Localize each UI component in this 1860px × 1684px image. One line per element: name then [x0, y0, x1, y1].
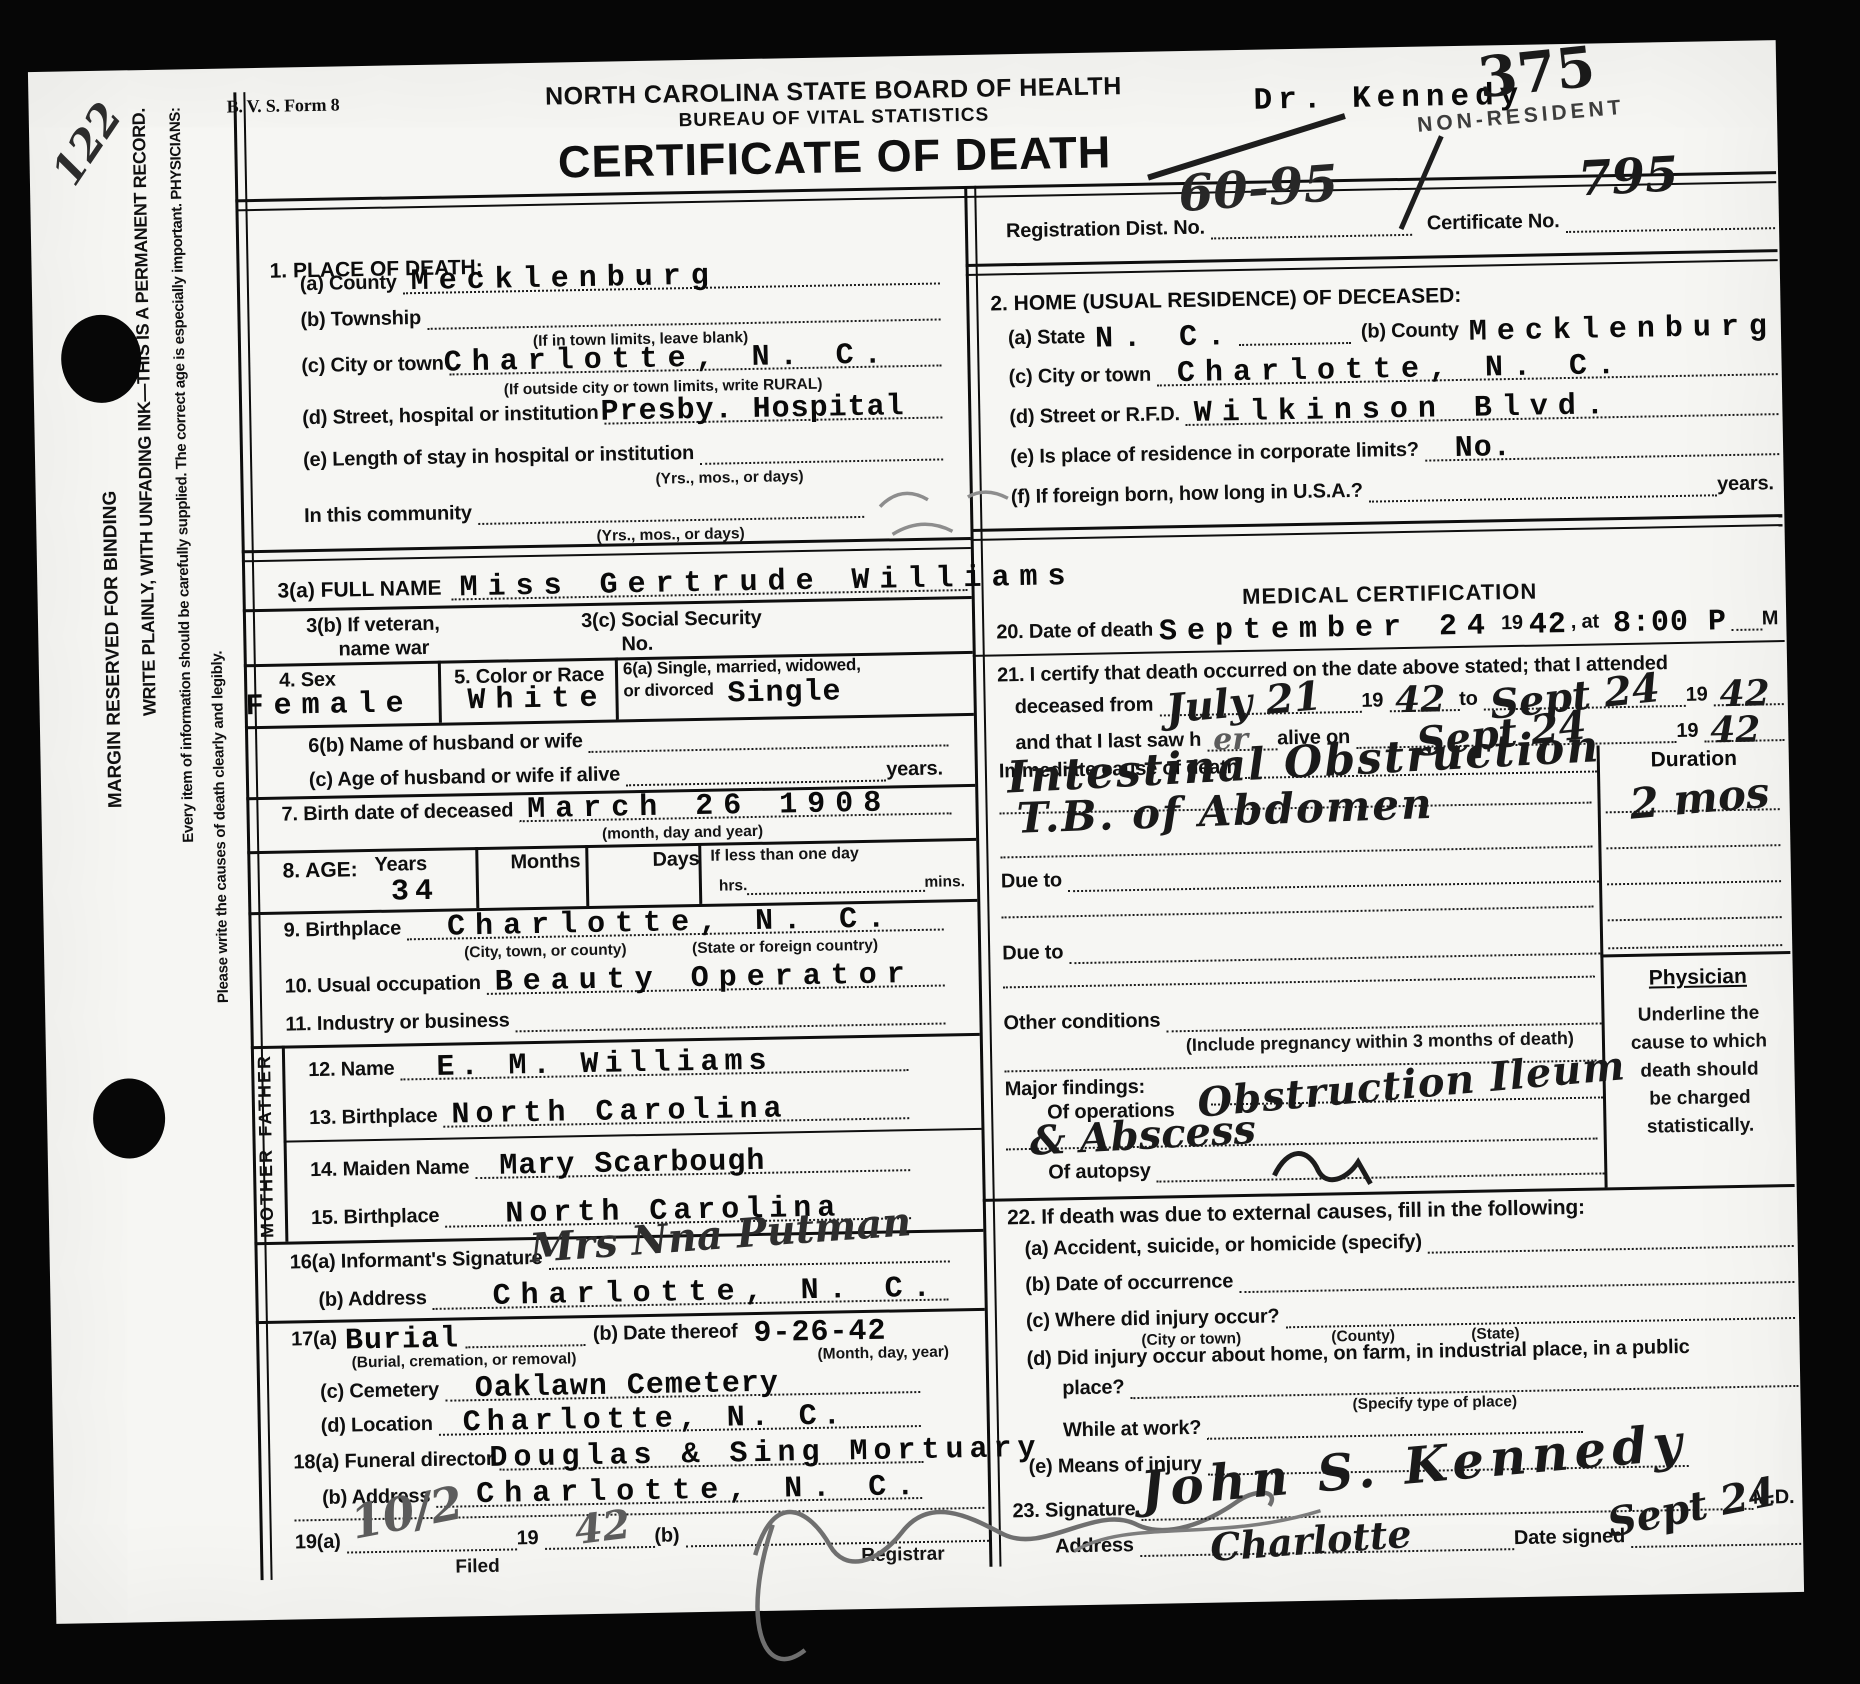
- residence-foreign-blank: [1369, 489, 1717, 502]
- certificate-no-blank: [1566, 222, 1775, 233]
- scanned-death-certificate: { "header": { "form_no": "B. V. S. Form …: [0, 0, 1860, 1684]
- physician-label: Physician: [1605, 964, 1791, 991]
- dotted-rule: [1003, 976, 1595, 989]
- stay-row: (e) Length of stay in hospital or instit…: [303, 437, 943, 472]
- burial-location-label: (d) Location: [321, 1413, 433, 1438]
- residence-foreign-label: (f) If foreign born, how long in U.S.A.?: [1011, 480, 1363, 509]
- dotted-rule: [1607, 880, 1781, 885]
- age-months-label: Months: [510, 850, 580, 874]
- age-hrs-label: hrs.: [719, 877, 748, 896]
- father-name-row: 12. Name E. M. Williams: [308, 1048, 908, 1082]
- husband-row: 6(b) Name of husband or wife: [308, 723, 948, 758]
- burial-location-value: Charlotte, N. C.: [463, 1401, 848, 1438]
- due-to-blank-2: [1069, 947, 1600, 964]
- residence-foreign-row: (f) If foreign born, how long in U.S.A.?…: [1011, 472, 1780, 509]
- external-a-row: (a) Accident, suicide, or homicide (spec…: [1024, 1224, 1793, 1261]
- filed-caption: Filed: [455, 1556, 500, 1579]
- city-blank: Charlotte, N. C.: [450, 359, 942, 375]
- dotted-rule: [1608, 916, 1782, 921]
- external-d-label-1: (d) Did injury occur about home, on farm…: [1026, 1336, 1689, 1371]
- father-birthplace-label: 13. Birthplace: [309, 1105, 438, 1130]
- duration-handwritten: 2 mos: [1628, 772, 1771, 826]
- margin-permanent-text: WRITE PLAINLY, WITH UNFADING INK—THIS IS…: [129, 108, 161, 716]
- marital-value: Single: [727, 677, 842, 709]
- physician-note-1: Underline the: [1605, 1002, 1791, 1027]
- residence-county-label: (b) County: [1361, 319, 1459, 344]
- due-to-blank-1: [1068, 875, 1599, 892]
- dotted-rule: [1002, 906, 1594, 919]
- birthdate-note: (month, day and year): [602, 823, 763, 844]
- marital-label-2: or divorced: [623, 680, 714, 702]
- registration-dist-label: Registration Dist. No.: [1006, 217, 1205, 244]
- ssn-label-1: 3(c) Social Security: [581, 607, 762, 633]
- residence-state-row: (a) State N. C. (b) County Mecklenburg: [1008, 312, 1777, 350]
- punch-hole-top: [60, 314, 142, 403]
- industry-blank: [516, 1017, 946, 1032]
- mother-name-row: 14. Maiden Name Mary Scarbough: [310, 1148, 910, 1182]
- informant-address-row: (b) Address Charlotte, N. C.: [318, 1277, 948, 1312]
- pen-stroke: [1141, 108, 1356, 184]
- residence-street-value: Wilkinson Blvd.: [1194, 391, 1615, 429]
- residence-state-blank: [1239, 337, 1351, 346]
- external-b-label: (b) Date of occurrence: [1025, 1270, 1233, 1297]
- years-label: years.: [886, 757, 943, 781]
- rule: [251, 1033, 980, 1049]
- funeral-director-label: 18(a) Funeral director: [293, 1448, 493, 1475]
- residence-corporate-blank: No.: [1425, 448, 1779, 461]
- residence-city-value: Charlotte, N. C.: [1177, 351, 1626, 389]
- dotted-rule: [1000, 846, 1592, 859]
- father-birthplace-blank: North Carolina: [444, 1112, 910, 1128]
- residence-state-label: (a) State: [1008, 326, 1086, 350]
- community-row: In this community: [304, 495, 864, 528]
- father-birthplace-row: 13. Birthplace North Carolina: [309, 1096, 909, 1130]
- death-date-value: September 24: [1159, 611, 1496, 647]
- margin-causes-text: Please write the causes of death clearly…: [209, 651, 232, 1004]
- stay-note: (Yrs., mos., or days): [655, 468, 803, 489]
- informant-address-blank: Charlotte, N. C.: [433, 1293, 949, 1309]
- cell-divider: [698, 843, 702, 904]
- external-c-row: (c) Where did injury occur?: [1026, 1296, 1795, 1333]
- certificate-paper: MARGIN RESERVED FOR BINDING WRITE PLAINL…: [28, 40, 1804, 1624]
- certificate-no-handwritten: 795: [1577, 150, 1680, 203]
- margin-supplied-text: Every item of information should be care…: [167, 107, 197, 843]
- due-to-label-2: Due to: [1002, 941, 1063, 965]
- date-signed-blank: [1631, 1538, 1801, 1548]
- due-to-row-2: Due to: [1002, 931, 1600, 965]
- external-c-blank: [1286, 1312, 1796, 1328]
- external-b-row: (b) Date of occurrence: [1025, 1260, 1794, 1297]
- age-mins-label: mins.: [924, 873, 965, 892]
- death-at-label: , at: [1571, 610, 1600, 634]
- attended-year-blank: 42: [1389, 704, 1459, 712]
- physician-note-3: death should: [1606, 1058, 1792, 1083]
- township-row: (b) Township: [300, 297, 940, 332]
- external-b-blank: [1239, 1276, 1794, 1293]
- attended-row: deceased from July 21 19 42 to Sept 24 1…: [1015, 682, 1784, 719]
- center-divider: [964, 186, 1001, 1567]
- county-label: (a) County: [300, 271, 397, 296]
- stay-blank: [700, 453, 943, 464]
- age-hrs-mins-row: hrs. mins.: [719, 873, 965, 896]
- pencil-scribble: [871, 474, 1022, 547]
- father-name-label: 12. Name: [308, 1058, 395, 1083]
- residence-street-blank: Wilkinson Blvd.: [1186, 408, 1779, 426]
- age-less-label: If less than one day: [710, 845, 859, 866]
- form-number: B. V. S. Form 8: [226, 94, 339, 117]
- death-date-19: 19: [1501, 612, 1523, 635]
- section-rule: [966, 249, 1778, 276]
- burial-label: 17(a): [291, 1328, 337, 1352]
- cell-divider: [585, 845, 589, 906]
- rule: [284, 1128, 982, 1143]
- filed-year-19: 19: [516, 1527, 538, 1550]
- city-label: (c) City or town: [301, 353, 444, 379]
- residence-street-row: (d) Street or R.F.D. Wilkinson Blvd.: [1009, 392, 1778, 429]
- cell-divider: [475, 847, 479, 908]
- external-a-label: (a) Accident, suicide, or homicide (spec…: [1024, 1231, 1422, 1261]
- residence-section: 2. HOME (USUAL RESIDENCE) OF DECEASED:: [990, 284, 1461, 317]
- county-value: Mecklenburg: [410, 262, 719, 298]
- occupation-label: 10. Usual occupation: [285, 972, 481, 999]
- due-to-row-1: Due to: [1001, 859, 1599, 893]
- husband-blank: [589, 739, 949, 753]
- attended-19a: 19: [1361, 689, 1383, 712]
- stay-label: (e) Length of stay in hospital or instit…: [303, 442, 694, 472]
- cemetery-label: (c) Cemetery: [320, 1379, 439, 1404]
- attended-to-year-blank: 42: [1714, 698, 1784, 706]
- street-blank: Presby. Hospital: [605, 411, 943, 424]
- residence-city-label: (c) City or town: [1008, 364, 1151, 390]
- residence-street-label: (d) Street or R.F.D.: [1009, 403, 1180, 429]
- section-rule: [970, 514, 1782, 541]
- attended-19b: 19: [1686, 683, 1708, 706]
- registration-dist-blank: [1211, 229, 1412, 240]
- alive-year-handwritten: 42: [1710, 712, 1761, 749]
- mother-side-label: MOTHER: [256, 1148, 279, 1238]
- residence-corporate-value: No.: [1455, 433, 1513, 464]
- township-label: (b) Township: [300, 307, 421, 332]
- city-row: (c) City or town Charlotte, N. C.: [301, 343, 941, 378]
- physician-note-2: cause to which: [1606, 1030, 1792, 1055]
- race-value: White: [467, 684, 608, 717]
- attended-year-handwritten: 42: [1395, 681, 1446, 718]
- external-section: 22. If death was due to external causes,…: [1007, 1196, 1585, 1231]
- veteran-label-1: 3(b) If veteran,: [306, 613, 440, 638]
- findings-line2-handwritten: & Abscess: [1029, 1110, 1257, 1162]
- sex-value: Female: [245, 689, 414, 722]
- file-number-handwritten: 375: [1476, 38, 1598, 106]
- veteran-label-2: name war: [338, 637, 429, 662]
- burial-location-blank: Charlotte, N. C.: [439, 1420, 921, 1436]
- street-row: (d) Street, hospital or institution Pres…: [302, 395, 942, 430]
- external-a-blank: [1428, 1240, 1794, 1254]
- cause-line2-handwritten: T.B. of Abdomen: [1016, 783, 1434, 840]
- community-label: In this community: [304, 502, 472, 528]
- industry-label: 11. Industry or business: [285, 1009, 510, 1036]
- cell-divider: [438, 661, 442, 723]
- pencil-stroke: [1068, 1497, 1329, 1562]
- father-side-label: FATHER: [254, 1054, 277, 1137]
- mother-name-blank: Mary Scarbough: [475, 1164, 910, 1179]
- cemetery-value: Oaklawn Cemetery: [475, 1369, 780, 1405]
- dotted-rule: [1606, 844, 1780, 849]
- burial-blank: [465, 1339, 585, 1348]
- autopsy-label: Of autopsy: [1048, 1160, 1151, 1185]
- ssn-label-2: No.: [621, 633, 653, 657]
- certificate-no-row: Certificate No.: [1427, 206, 1775, 235]
- residence-corporate-label: (e) Is place of residence in corporate l…: [1010, 439, 1419, 469]
- husband-age-label: (c) Age of husband or wife if alive: [309, 763, 621, 792]
- filed-year-handwritten: 42: [572, 1505, 632, 1552]
- burial-date-note: (Month, day, year): [817, 1343, 949, 1363]
- cell-divider: [615, 657, 619, 719]
- physician-note-4: be charged: [1607, 1086, 1793, 1111]
- city-value: Charlotte, N. C.: [443, 340, 892, 378]
- birthplace-note-1: (City, town, or county): [464, 941, 627, 962]
- ampm-blank: [1731, 623, 1762, 631]
- birthdate-value: March 26 1908: [527, 788, 892, 825]
- dotted-rule: [1608, 944, 1782, 949]
- due-to-label-1: Due to: [1001, 869, 1062, 893]
- parents-box-line: [282, 1046, 288, 1242]
- external-d-label-2: place?: [1062, 1376, 1125, 1400]
- birthplace-note-2: (State or foreign country): [692, 937, 878, 958]
- father-name-value: E. M. Williams: [436, 1047, 773, 1083]
- major-findings-label: Major findings:: [1005, 1076, 1146, 1102]
- informant-address-label: (b) Address: [318, 1287, 427, 1312]
- physician-note-5: statistically.: [1607, 1114, 1793, 1139]
- page-number-handwritten: 122: [45, 96, 129, 192]
- residence-county-value: Mecklenburg: [1469, 312, 1778, 348]
- community-blank: [478, 511, 864, 525]
- attended-to-year-handwritten: 42: [1719, 675, 1770, 712]
- burial-type-note: (Burial, cremation, or removal): [351, 1350, 576, 1372]
- punch-hole-bottom: [92, 1078, 165, 1159]
- death-time-value: 8:00 P: [1613, 607, 1728, 639]
- autopsy-blank: [1157, 1167, 1605, 1182]
- burial-type-value: Burial: [345, 1324, 460, 1356]
- father-name-blank: E. M. Williams: [401, 1064, 909, 1080]
- burial-date-label: (b) Date thereof: [593, 1320, 738, 1346]
- age-days-label: Days: [652, 848, 699, 872]
- residence-years-label: years.: [1717, 472, 1774, 496]
- township-blank: [427, 313, 941, 329]
- margin-binding-text: MARGIN RESERVED FOR BINDING: [100, 490, 128, 808]
- attended-from-label: deceased from: [1015, 694, 1154, 720]
- external-c-label: (c) Where did injury occur?: [1026, 1305, 1280, 1333]
- birthdate-blank: March 26 1908: [519, 807, 951, 822]
- street-label: (d) Street, hospital or institution: [302, 402, 599, 430]
- other-conditions-label: Other conditions: [1003, 1010, 1160, 1036]
- autopsy-scrawl: [1268, 1136, 1379, 1184]
- rule: [1600, 951, 1790, 957]
- informant-sig-label: 16(a) Informant's Signature: [290, 1247, 543, 1275]
- informant-address-value: Charlotte, N. C.: [492, 1274, 941, 1312]
- industry-row: 11. Industry or business: [285, 1001, 945, 1036]
- occupation-blank: Beauty Operator: [487, 979, 945, 994]
- husband-label: 6(b) Name of husband or wife: [308, 730, 583, 758]
- death-date-label: 20. Date of death: [996, 619, 1153, 645]
- occupation-row: 10. Usual occupation Beauty Operator: [285, 964, 945, 999]
- age-years-value: 34: [391, 877, 440, 908]
- father-birthplace-value: North Carolina: [451, 1094, 788, 1130]
- burial-location-row: (d) Location Charlotte, N. C.: [321, 1404, 921, 1438]
- findings-line1-handwritten: Obstruction Ileum: [1196, 1046, 1627, 1124]
- residence-city-row: (c) City or town Charlotte, N. C.: [1008, 352, 1777, 389]
- pen-stroke: [1381, 128, 1453, 239]
- filed-label: 19(a): [295, 1531, 341, 1555]
- mother-birthplace-label: 15. Birthplace: [311, 1205, 440, 1230]
- age-years-label: Years: [374, 853, 427, 877]
- age-section-label: 8. AGE:: [282, 858, 358, 883]
- attended-to-label: to: [1459, 688, 1478, 711]
- age-hrs-blank: [747, 885, 924, 895]
- husband-age-blank: [626, 775, 886, 787]
- fullname-label: 3(a) FULL NAME: [277, 577, 442, 604]
- attended-from-blank: July 21: [1159, 706, 1361, 717]
- death-m-label: M: [1762, 607, 1779, 630]
- death-year-value: 42: [1529, 610, 1568, 641]
- mother-name-label: 14. Maiden Name: [310, 1156, 470, 1182]
- street-value: Presby. Hospital: [600, 392, 905, 428]
- county-blank: Mecklenburg: [403, 277, 940, 294]
- alive-year-blank: 42: [1704, 734, 1784, 742]
- birthdate-label: 7. Birth date of deceased: [281, 799, 513, 826]
- alive-19: 19: [1676, 720, 1698, 743]
- while-at-work-label: While at work?: [1063, 1417, 1202, 1443]
- residence-state-value: N. C.: [1095, 322, 1236, 355]
- mother-name-value: Mary Scarbough: [499, 1147, 766, 1182]
- form-left-border: [233, 92, 272, 1580]
- cemetery-blank: Oaklawn Cemetery: [445, 1386, 920, 1402]
- occupation-value: Beauty Operator: [494, 960, 915, 998]
- residence-corporate-row: (e) Is place of residence in corporate l…: [1010, 432, 1779, 469]
- residence-city-blank: Charlotte, N. C.: [1157, 368, 1778, 386]
- birthplace-label: 9. Birthplace: [283, 917, 401, 942]
